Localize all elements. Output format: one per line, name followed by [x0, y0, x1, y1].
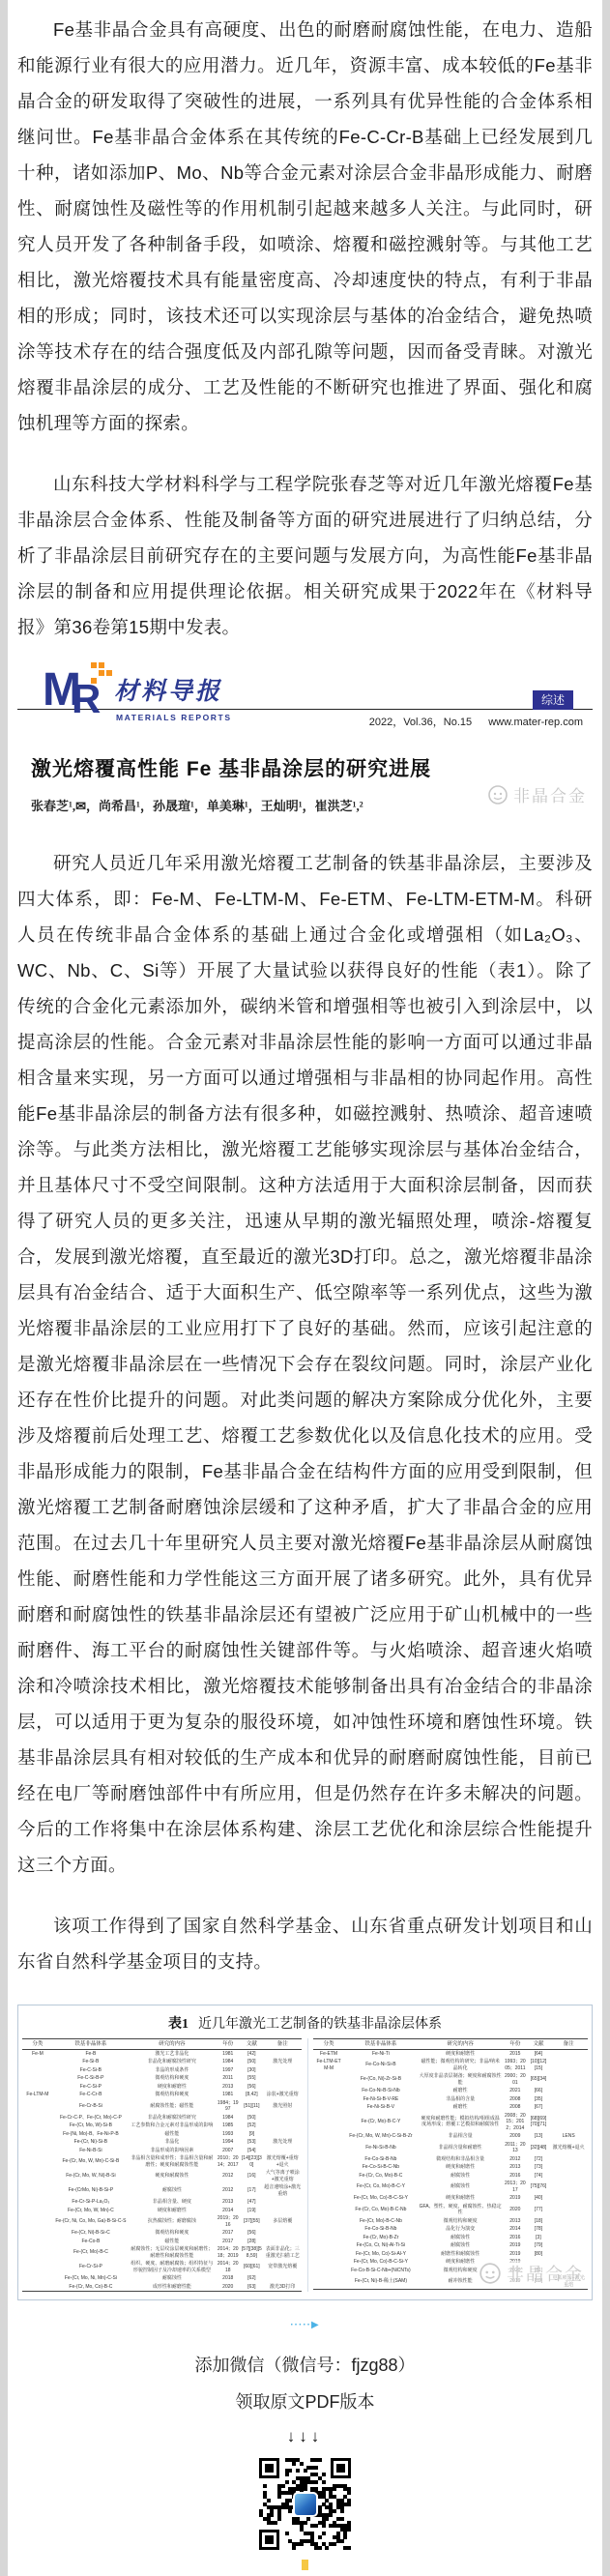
table-cell: [64]: [528, 2049, 550, 2058]
table-cell: Fe-(Cr, Mo)-B-C: [53, 2245, 129, 2260]
table-cell: Fe-ETM: [313, 2049, 343, 2058]
table-cell: 硬度和耐磨性: [418, 2049, 503, 2058]
table-cell: 2008；2015；2012；2014: [503, 2112, 528, 2133]
watermark: 非晶合金: [487, 782, 587, 806]
table-cell: [16]: [241, 2169, 263, 2183]
table-cell: Fe-(Co, Cr, Ni)-Al-Ti-Si: [344, 2241, 419, 2250]
table-cell: [313, 2087, 343, 2095]
table-cell: GFA、塑性、硬度、耐腐蚀性、热稳定性: [418, 2203, 503, 2217]
table-cell: 非晶化: [129, 2138, 216, 2147]
table-cell: Fe-(Cr, Mo)-B-C-Y: [344, 2112, 419, 2133]
table-cell: 非晶化和耐腐蚀性研究: [129, 2114, 216, 2122]
table-cell: 激光工艺非晶化: [129, 2049, 216, 2058]
table-cell: Fe-(CrMo, Ni)-B-Si-P: [53, 2183, 129, 2198]
table-cell: [78]: [528, 2225, 550, 2234]
table-cell: Fe-Co-Ni-Si-B: [344, 2058, 419, 2072]
table-row: Fe-LTM-MFe-C-Cr-B微观结构和硬度1981[8,42]涂装+激光重…: [22, 2091, 302, 2099]
table-cell: [313, 2258, 343, 2267]
table-cell: [19]: [241, 2207, 263, 2215]
table-row: Fe-(Cr, Mo, W, Mn)-C-Si-B-Zr非晶相含量2009[13…: [313, 2132, 588, 2141]
table-cell: [313, 2172, 343, 2181]
table-cell: [313, 2155, 343, 2164]
table-row: Fe-(Cr, Ni)-B-Si-C微观结构和硬度2017[56]: [22, 2229, 302, 2238]
table-cell: 2013: [503, 2163, 528, 2172]
table-cell: Fe-(Cr, Mo, Co)-B-C-Si-Y: [344, 2194, 419, 2203]
table-cell: Fe-Cr-B-Si: [53, 2099, 129, 2114]
table-cell: 微观结构和非晶相含量: [418, 2155, 503, 2164]
table-cell: 激光熔覆+重熔+退火: [263, 2154, 303, 2169]
table-cell: 非晶化和耐腐蚀性研究: [129, 2058, 216, 2066]
table-row: Fe-(Cr, Mo, W)-Si-B工艺参数和合金元素对非晶形成的影响1985…: [22, 2122, 302, 2130]
table-cell: [263, 2198, 303, 2207]
table-cell: [549, 2155, 588, 2164]
table-cell: [263, 2049, 303, 2058]
table-cell: Fe-Ni-B-Si: [53, 2147, 129, 2155]
table-cell: 2017: [216, 2229, 241, 2238]
table-cell: 2011；2013: [503, 2141, 528, 2155]
table-row: Fe-LTM-ETM-MFe-Co-Ni-Si-B磁性能；微观结构的研究；非晶/…: [313, 2058, 588, 2072]
table-cell: 1981: [216, 2091, 241, 2099]
table-cell: [313, 2194, 343, 2203]
table-row: Fe-Ni-Si-B-V耐磨性2008[67]: [313, 2103, 588, 2112]
table-cell: 硬度和耐磨性: [129, 2207, 216, 2215]
wechat-contact-line: 添加微信（微信号：fjzg88）: [17, 2352, 593, 2377]
table-cell: [549, 2203, 588, 2217]
table-cell: 2020: [216, 2283, 241, 2292]
intro-paragraph-1: Fe基非晶合金具有高硬度、出色的耐磨耐腐蚀性能，在电力、造船和能源行业有很大的应…: [17, 12, 593, 441]
table-cell: 磁性能；微观结构的研究；非晶/纳米晶转化: [418, 2058, 503, 2072]
table-row: Fe-(Co, Ni)-Zr-Si-B大厚度非晶表层制备；硬度和耐腐蚀性能200…: [313, 2072, 588, 2087]
table-left-half: 分类铁基非晶体系研究的内容年份文献备注 Fe-MFe-B激光工艺非晶化1981[…: [22, 2038, 302, 2292]
table-row: Fe-(Cr, Ni)-Si-B非晶化1994[53]激光处理: [22, 2138, 302, 2147]
table-row: Fe-(Cr, Co, Mo)-B-C-NbGFA、塑性、硬度、耐腐蚀性、热稳定…: [313, 2203, 588, 2217]
table-cell: [263, 2147, 303, 2155]
table-cell: 2012: [216, 2169, 241, 2183]
table-cell: 耐腐蚀性: [418, 2234, 503, 2242]
table-cell: 超音速喷涂+激光重熔: [263, 2183, 303, 2198]
table-cell: [80]: [528, 2250, 550, 2259]
table-cell: [263, 2114, 303, 2122]
table-right-half: 分类铁基非晶体系研究的内容年份文献备注 Fe-ETMFe-Ni-Ti硬度和耐磨性…: [307, 2038, 588, 2292]
table-cell: [50]: [241, 2114, 263, 2122]
table-cell: [313, 2203, 343, 2217]
table-cell: [313, 2163, 343, 2172]
table-cell: Fe-Cr-Si-P-La₂O₃: [53, 2198, 129, 2207]
table-cell: 2013: [503, 2217, 528, 2226]
table-cell: [22, 2260, 53, 2274]
table-row: Fe-(CrMo, Ni)-B-Si-P耐腐蚀性2012[17]超音速喷涂+激光…: [22, 2183, 302, 2198]
table-cell: Fe-Co-B-Si-C-Nb+(NiCNTs): [344, 2267, 419, 2275]
table-cell: Fe-(Cr, Ni)-B-稀土(SAM): [344, 2274, 419, 2290]
table-row: Fe-Cr-Si-P-La₂O₃非晶相含量、硬度2013[47]: [22, 2198, 302, 2207]
table-row: Fe-C-Si-B非晶的形成条件1997[30]: [22, 2066, 302, 2075]
table-cell: 2013；2017: [503, 2180, 528, 2194]
table-cell: [263, 2229, 303, 2238]
table-cell: 微观结构和硬度: [129, 2074, 216, 2083]
table-cell: [14][23][30]: [241, 2154, 263, 2169]
table-cell: [56]: [241, 2229, 263, 2238]
table-cell: [18]: [528, 2217, 550, 2226]
table-cell: 1985: [216, 2122, 241, 2130]
table-cell: [3]: [528, 2234, 550, 2242]
table-cell: [13]: [528, 2132, 550, 2141]
table-row: Fe-(Cr, Mo, W, Ni)-B-Si硬度和耐腐蚀性2012[16]大气…: [22, 2169, 302, 2183]
table-cell: 大厚度非晶表层制备；硬度和耐腐蚀性能: [418, 2072, 503, 2087]
table-row: Fe-(Cr, Mo)-B-Zr耐腐蚀性2016[3]: [313, 2234, 588, 2242]
table-cell: Fe-LTM-ETM-M: [313, 2058, 343, 2072]
table-cell: [313, 2132, 343, 2141]
journal-banner: M R 材料导报 MATERIALS REPORTS 综述 2022，Vol.3…: [17, 666, 593, 736]
table-cell: [263, 2066, 303, 2075]
table-cell: 耐腐蚀性能；磁性能: [129, 2099, 216, 2114]
table-cell: [72]: [528, 2155, 550, 2164]
table-cell: [313, 2217, 343, 2226]
qr-finder-icon: [259, 2458, 279, 2478]
table-column-header: 文献: [241, 2039, 263, 2050]
table-cell: [54]: [241, 2147, 263, 2155]
table-row: Fe-(Cr, Mo, Co)-Si-Al-Y耐磨性和耐腐蚀性2019[80]: [313, 2250, 588, 2259]
table-cell: [549, 2217, 588, 2226]
table-cell: 2011: [216, 2074, 241, 2083]
table-cell: [313, 2225, 343, 2234]
table-row: Fe-(Co, Cr, Ni)-Al-Ti-Si耐腐蚀性2019[79]: [313, 2241, 588, 2250]
table-cell: 激光照射: [263, 2099, 303, 2114]
table-cell: [22, 2130, 53, 2139]
table-cell: [60][61]: [241, 2260, 263, 2274]
table-cell: 激光处理: [263, 2058, 303, 2066]
table-cell: 微观结构和硬度: [418, 2217, 503, 2226]
table-cell: [22, 2169, 53, 2183]
table-cell: [51][11]: [241, 2099, 263, 2114]
table-cell: 非晶相含量和耐磨性: [418, 2141, 503, 2155]
table-cell: [37][55]: [241, 2214, 263, 2229]
table-cell: 2014；2018: [216, 2260, 241, 2274]
table-cell: 非晶相含量: [418, 2132, 503, 2141]
table-cell: 2009: [503, 2132, 528, 2141]
article-header: 激光熔覆高性能 Fe 基非晶涂层的研究进展 张春芝¹,✉，尚希昌¹，孙晟瑄¹，单…: [17, 753, 593, 814]
table-cell: [263, 2083, 303, 2092]
table-cell: 2016: [503, 2234, 528, 2242]
watermark-logo-icon: [487, 784, 508, 805]
table-column-header: 铁基非晶体系: [344, 2039, 419, 2050]
table-cell: 1993: [216, 2130, 241, 2139]
table-column-header: 研究的内容: [129, 2039, 216, 2050]
table-cell: 耐腐蚀性: [418, 2172, 503, 2181]
table-cell: [74]: [528, 2172, 550, 2181]
table-cell: [30]: [241, 2066, 263, 2075]
table-cell: 耐磨性: [418, 2103, 503, 2112]
table-cell: Fe-(Cr, Mo, Co)-B-C: [53, 2283, 129, 2292]
table-cell: 2014；2018；2019: [216, 2245, 241, 2260]
table-cell: [549, 2180, 588, 2194]
table-cell: [67]: [528, 2103, 550, 2112]
table-cell: [263, 2207, 303, 2215]
table-row: Fe-C-Si-P硬度和耐磨性2013[56]: [22, 2083, 302, 2092]
funding-paragraph: 该项工作得到了国家自然科学基金、山东省重点研发计划项目和山东省自然科学基金项目的…: [17, 1908, 593, 1979]
table-cell: Fe-Co-Si-B-C-Nb: [344, 2163, 419, 2172]
table-row: Fe-Ni-Si-B-Nb非晶相含量和耐磨性2011；2013[32][48]激…: [313, 2141, 588, 2155]
table-cell: [22, 2207, 53, 2215]
table-cell: 2019: [503, 2241, 528, 2250]
table-cell: Fe-Co-Si-B-Nb: [344, 2225, 419, 2234]
table-cell: Fe-(Cr, Mo, W, Mn)-C: [53, 2207, 129, 2215]
table-cell: LENS: [549, 2132, 588, 2141]
table-column-header: 备注: [263, 2039, 303, 2050]
table-cell: [549, 2234, 588, 2242]
watermark: 非晶合金: [479, 2261, 584, 2286]
table-cell: 2021: [503, 2087, 528, 2095]
table-cell: [57][38][58,59]: [241, 2245, 263, 2260]
table-cell: [22, 2283, 53, 2292]
table-cell: 多层熔覆: [263, 2214, 303, 2229]
table-cell: [313, 2072, 343, 2087]
table-cell: [313, 2095, 343, 2104]
table-cell: Fe-Ni-Si-B-V-RE: [344, 2095, 419, 2104]
table-cell: [79]: [528, 2241, 550, 2250]
table-cell: [549, 2194, 588, 2203]
table-cell: 非晶的形成条件: [129, 2066, 216, 2075]
table-cell: 2020: [503, 2203, 528, 2217]
table-row: Fe-(Cr, Mo, W, Mn)-C-Si-B非晶相含量和成形性；非晶相含量…: [22, 2154, 302, 2169]
table-cell: [9]: [241, 2130, 263, 2139]
table-cell: [22, 2122, 53, 2130]
watermark-logo-icon: [479, 2262, 502, 2285]
table-row: Fe-Cr-C-P、Fe-(Cr, Mo)-C-P非晶化和耐腐蚀性研究1984[…: [22, 2114, 302, 2122]
table-cell: 1984；1997: [216, 2099, 241, 2114]
table-cell: [313, 2250, 343, 2259]
table-cell: [77]: [528, 2203, 550, 2217]
table-title-label: 表1: [168, 2017, 189, 2032]
table-cell: Fe-C-Cr-B: [53, 2091, 129, 2099]
table-column-header: 年份: [216, 2039, 241, 2050]
body-paragraph: 研究人员近几年采用激光熔覆工艺制备的铁基非晶涂层，主要涉及四大体系，即：Fe-M…: [17, 845, 593, 1883]
table-cell: [56]: [241, 2083, 263, 2092]
table-cell: [62]: [241, 2274, 263, 2283]
table-cell: 2008: [503, 2103, 528, 2112]
article-page: Fe基非晶合金具有高硬度、出色的耐磨耐腐蚀性能，在电力、造船和能源行业有很大的应…: [8, 0, 602, 2576]
table-cell: Fe-Ni-Ti: [344, 2049, 419, 2058]
table-row: Fe-(Cr, Mo)-B-C耐腐蚀性；无层纹涂层硬度和耐磨性；耐磨性和耐腐蚀性…: [22, 2245, 302, 2260]
table-cell: Fe-Ni-Si-B-V: [344, 2103, 419, 2112]
table-cell: Fe-(Cr, Mo, Ni, Mn)-C-Si: [53, 2274, 129, 2283]
watermark-text: 非晶合金: [513, 782, 587, 806]
table-column-header: 年份: [503, 2039, 528, 2050]
table-cell: 1984: [216, 2114, 241, 2122]
table-cell: 表面非晶化；三重激光扫描工艺: [263, 2245, 303, 2260]
table-cell: 耐腐蚀性: [129, 2274, 216, 2283]
table-row: Fe-(Cr, Co, Mo)-B-C耐腐蚀性2016[74]: [313, 2172, 588, 2181]
table-cell: 组织、硬度、耐磨耐腐蚀；组织特征与形貌控制因子及冷却速率的关系模型: [129, 2260, 216, 2274]
table-cell: 激光处理: [263, 2138, 303, 2147]
table-cell: Fe-(Co, Ni)-Zr-Si-B: [344, 2072, 419, 2087]
table-cell: Fe-LTM-M: [22, 2091, 53, 2099]
table-cell: [22, 2245, 53, 2260]
table-cell: [75][76]: [528, 2180, 550, 2194]
table-title-text: 近几年激光工艺制备的铁基非晶涂层体系: [198, 2017, 442, 2032]
table-cell: [22, 2114, 53, 2122]
table-cell: [47]: [241, 2198, 263, 2207]
table-cell: 微观结构和硬度: [129, 2229, 216, 2238]
table-cell: 耐腐蚀性: [418, 2241, 503, 2250]
table-cell: [22, 2147, 53, 2155]
table-cell: 非晶相含量、硬度: [129, 2198, 216, 2207]
table-cell: 2017: [216, 2238, 241, 2246]
table-row: Fe-Ni-B-Si非晶形成的影响因素2007[54]: [22, 2147, 302, 2155]
table-cell: 激光3D打印: [263, 2283, 303, 2292]
issue-number: 2022，Vol.36，No.15: [369, 717, 472, 728]
table-cell: [42]: [241, 2049, 263, 2058]
table-cell: 2000；2001: [503, 2072, 528, 2087]
table-cell: 2019: [503, 2194, 528, 2203]
table-cell: [549, 2172, 588, 2181]
watermark-text: 非晶合金: [507, 2261, 584, 2286]
table-cell: [549, 2072, 588, 2087]
table-cell: Fe-Si-B: [53, 2058, 129, 2066]
table-column-header: 研究的内容: [418, 2039, 503, 2050]
table-cell: [313, 2241, 343, 2250]
qr-finder-icon: [331, 2458, 351, 2478]
table-cell: [10][12][15]: [528, 2058, 550, 2072]
table-cell: 涂装+激光重熔: [263, 2091, 303, 2099]
materials-reports-logo-icon: M R: [43, 660, 112, 717]
table-cell: [65][34]: [528, 2072, 550, 2087]
table-title: 表1近几年激光工艺制备的铁基非晶涂层体系: [22, 2013, 588, 2033]
table-cell: 磁性能: [129, 2238, 216, 2246]
table-row: Fe-Cr-Si-P组织、硬度、耐磨耐腐蚀；组织特征与形貌控制因子及冷却速率的关…: [22, 2260, 302, 2274]
table-cell: 耐腐蚀性: [418, 2180, 503, 2194]
table-cell: 2015: [503, 2049, 528, 2058]
table-cell: [40]: [528, 2194, 550, 2203]
table-row: Fe-Co-Si-B-Nb微观结构和非晶相含量2012[72]: [313, 2155, 588, 2164]
table-row: Fe-Si-B非晶化和耐腐蚀性研究1984[50]激光处理: [22, 2058, 302, 2066]
table-cell: [22, 2229, 53, 2238]
table-cell: 非晶相的含量: [418, 2095, 503, 2104]
qr-code: [259, 2458, 351, 2550]
table-cell: Fe-(Cr, Mo, W, Mn)-C-Si-B: [53, 2154, 129, 2169]
table-cell: 耐腐蚀性: [129, 2183, 216, 2198]
table-cell: Fe-Co-Si-B-Nb: [344, 2155, 419, 2164]
table-cell: [549, 2058, 588, 2072]
table-cell: Fe-(Cr, Mo, W, Mn)-C-Si-B-Zr: [344, 2132, 419, 2141]
table-cell: 硬度和耐磨性: [418, 2163, 503, 2172]
table-cell: [263, 2074, 303, 2083]
table-cell: 1993；2005；2011: [503, 2058, 528, 2072]
table-cell: [22, 2083, 53, 2092]
table-column-header: 铁基非晶体系: [53, 2039, 129, 2050]
table-cell: [549, 2163, 588, 2172]
table-cell: [52]: [241, 2122, 263, 2130]
table-row: Fe-(Cr, Mo, Co)-B-C成形性和耐磨性能2020[63]激光3D打…: [22, 2283, 302, 2292]
table-cell: [549, 2225, 588, 2234]
table-cell: 2018: [216, 2274, 241, 2283]
table-cell: [313, 2103, 343, 2112]
table-cell: Fe-(Ni, Mo)-B、Fe-Ni-P-B: [53, 2130, 129, 2139]
table-cell: 耐腐蚀性；无层纹涂层硬度和耐磨性；耐磨性和耐腐蚀性能: [129, 2245, 216, 2260]
table-cell: Fe-(Cr, Ni)-Si-B: [53, 2138, 129, 2147]
journal-url: www.mater-rep.com: [488, 717, 583, 728]
table-cell: 硬度和耐腐蚀性: [129, 2169, 216, 2183]
table-cell: [66]: [528, 2087, 550, 2095]
table-row: Fe-Co-Ni-B-Si-Nb耐磨性2021[66]: [313, 2087, 588, 2095]
table-cell: Fe-Co-B: [53, 2238, 129, 2246]
yellow-tick: [302, 2560, 308, 2570]
table-cell: Fe-(Cr, Co, Mo)-B-C: [344, 2172, 419, 2181]
table-cell: Fe-C-Si-P: [53, 2083, 129, 2092]
table-cell: 2014: [503, 2225, 528, 2234]
table-cell: [313, 2274, 343, 2290]
table-row: Fe-C-Si-B-P微观结构和硬度2011[55]: [22, 2074, 302, 2083]
table-cell: [22, 2074, 53, 2083]
table-cell: [55]: [241, 2074, 263, 2083]
coatings-table-right: 分类铁基非晶体系研究的内容年份文献备注 Fe-ETMFe-Ni-Ti硬度和耐磨性…: [313, 2038, 588, 2290]
table-cell: 成形性和耐磨性能: [129, 2283, 216, 2292]
table-row: Fe-Co-Si-B-C-Nb硬度和耐磨性2013[73]: [313, 2163, 588, 2172]
table-row: Fe-Co-Si-B-Nb晶化行为演变2014[78]: [313, 2225, 588, 2234]
table-cell: 非晶形成的影响因素: [129, 2147, 216, 2155]
pdf-claim-line: 领取原文PDF版本: [17, 2388, 593, 2414]
table-cell: 2008: [503, 2095, 528, 2104]
table-cell: Fe-(Cr, Mo, W)-Si-B: [53, 2122, 129, 2130]
table-cell: 晶化行为演变: [418, 2225, 503, 2234]
table-cell: [549, 2095, 588, 2104]
table-cell: Fe-(Cr, Ni)-B-Si-C: [53, 2229, 129, 2238]
table-cell: [313, 2141, 343, 2155]
table-cell: [22, 2154, 53, 2169]
table-cell: Fe-(Cr, Co, Mo)-B-C-Nb: [344, 2203, 419, 2217]
table-cell: [35]: [528, 2095, 550, 2104]
table-cell: Fe-(Cr, Mo, W, Ni)-B-Si: [53, 2169, 129, 2183]
coatings-table-left: 分类铁基非晶体系研究的内容年份文献备注 Fe-MFe-B激光工艺非晶化1981[…: [22, 2038, 302, 2292]
table-cell: 2016: [503, 2172, 528, 2181]
table-cell: Fe-M: [22, 2049, 53, 2058]
table-cell: 2019；2016: [216, 2214, 241, 2229]
table-cell: 2010；2014；2017: [216, 2154, 241, 2169]
table-cell: Fe-(Cr, Mo)-B-Zr: [344, 2234, 419, 2242]
qr-center-logo-icon: [293, 2492, 318, 2517]
table-cell: Fe-Ni-Si-B-Nb: [344, 2141, 419, 2155]
table-cell: [22, 2099, 53, 2114]
down-arrows-icon: ↓↓↓: [17, 2427, 593, 2446]
table-row: Fe-MFe-B激光工艺非晶化1981[42]: [22, 2049, 302, 2058]
table-cell: 2013: [216, 2198, 241, 2207]
table-cell: [8,42]: [241, 2091, 263, 2099]
table-cell: 大气等离子喷涂+激光重熔: [263, 2169, 303, 2183]
table-cell: [263, 2238, 303, 2246]
table-cell: 磁性能: [129, 2130, 216, 2139]
intro-paragraph-2: 山东科技大学材料科学与工程学院张春芝等对近几年激光熔覆Fe基非晶涂层合金体系、性…: [17, 466, 593, 645]
table-column-header: 分类: [313, 2039, 343, 2050]
table-cell: 工艺参数和合金元素对非晶形成的影响: [129, 2122, 216, 2130]
table-row: Fe-Ni-Si-B-V-RE非晶相的含量2008[35]: [313, 2095, 588, 2104]
table-column-header: 分类: [22, 2039, 53, 2050]
table-cell: Fe-C-Si-B: [53, 2066, 129, 2075]
table-cell: [313, 2112, 343, 2133]
table-cell: Fe-C-Si-B-P: [53, 2074, 129, 2083]
table-cell: [263, 2274, 303, 2283]
table-cell: [549, 2241, 588, 2250]
table-cell: Fe-(Cr, Mo, Co)-Si-Al-Y: [344, 2250, 419, 2259]
table-cell: [53]: [241, 2138, 263, 2147]
table-row: Fe-(Ni, Mo)-B、Fe-Ni-P-B磁性能1993[9]: [22, 2130, 302, 2139]
table-cell: [22, 2183, 53, 2198]
table-row: Fe-(Cr, Ni, Co, Mo, Ga)-B-Si-C-S抗热腐蚀性；耐磨…: [22, 2214, 302, 2229]
table-row: Fe-Cr-B-Si耐腐蚀性能；磁性能1984；1997[51][11]激光照射: [22, 2099, 302, 2114]
table-column-header: 文献: [528, 2039, 550, 2050]
table-cell: 2007: [216, 2147, 241, 2155]
table-cell: [263, 2122, 303, 2130]
table-cell: [68][69][70][71]: [528, 2112, 550, 2133]
table-cell: Fe-(Cr, Mo, Co)-B-C-Si-Y: [344, 2258, 419, 2267]
